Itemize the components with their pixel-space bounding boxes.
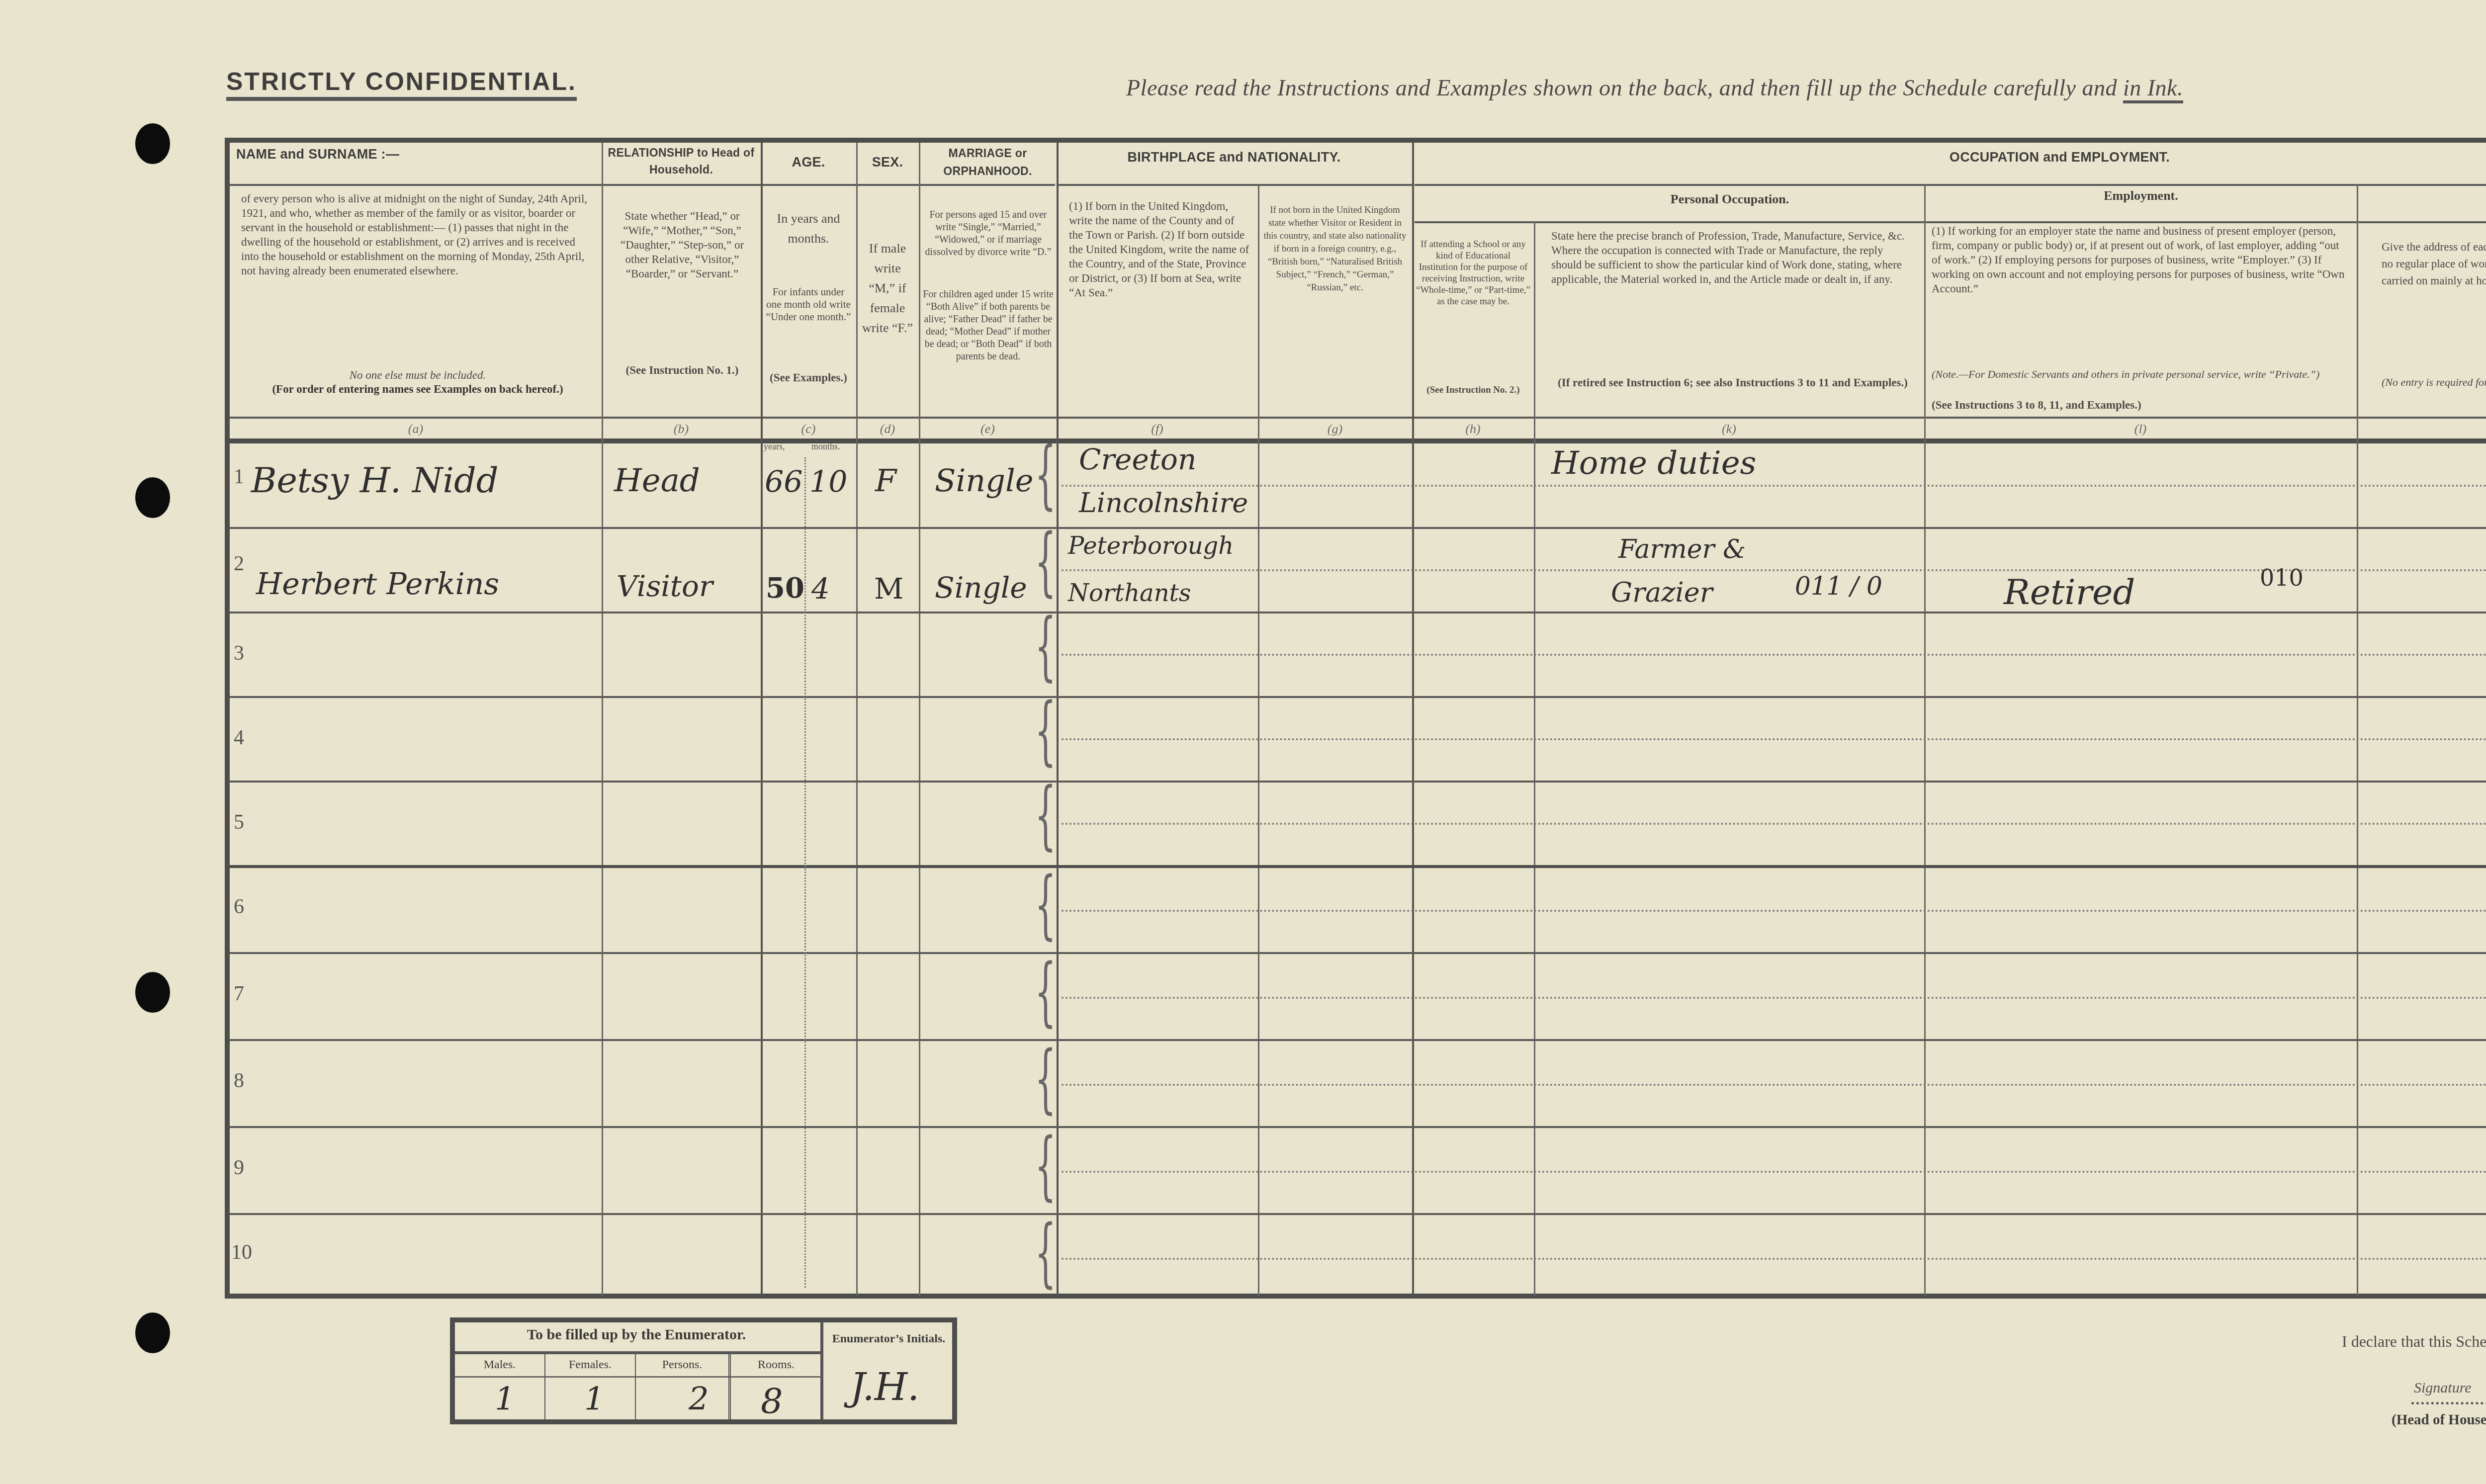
rule: [230, 417, 2486, 419]
col-l-note: (Note.—For Domestic Servants and others …: [1932, 368, 2349, 381]
col-l-footer: (See Instructions 3 to 8, 11, and Exampl…: [1932, 398, 2349, 412]
row1-occupation[interactable]: Home duties: [1551, 445, 1756, 482]
brace: {: [1035, 524, 1056, 599]
col-a-note: No one else must be included.: [241, 368, 594, 382]
col-e-title: MARRIAGE or ORPHANHOOD.: [920, 144, 1056, 180]
row-rule: [230, 611, 2486, 613]
row1-birthplace-town[interactable]: Creeton: [1079, 442, 1196, 476]
brace: {: [1035, 437, 1056, 512]
col-c-title: AGE.: [762, 154, 855, 170]
row1-name[interactable]: Betsy H. Nidd: [251, 460, 499, 501]
page-title: STRICTLY CONFIDENTIAL.: [226, 67, 577, 101]
brace: {: [1035, 868, 1056, 942]
row2-employment-code: 010: [2260, 564, 2304, 591]
persons-value[interactable]: 2: [689, 1381, 709, 1418]
brace: {: [1035, 609, 1056, 684]
age-months-label: months.: [811, 441, 840, 452]
rule: [455, 1351, 822, 1354]
row-rule: [230, 1039, 2486, 1041]
row2-birthplace-county[interactable]: Northants: [1068, 579, 1191, 607]
row2-occupation-line2[interactable]: Grazier: [1611, 577, 1713, 608]
row-number: 3: [234, 641, 244, 665]
row-midline: [1062, 1171, 2486, 1173]
signature-line: [2411, 1402, 2486, 1404]
col-l-body: (1) If working for an employer state the…: [1932, 224, 2349, 296]
col-h-footer: (See Instruction No. 2.): [1416, 383, 1530, 397]
row1-sex[interactable]: F: [875, 462, 896, 499]
col-e-children: For children aged under 15 write “Both A…: [922, 288, 1054, 363]
enumerator-summary-box: To be filled up by the Enumerator. Enume…: [450, 1317, 957, 1424]
col-divider-c-d: [856, 143, 858, 1296]
row-midline: [1062, 738, 2486, 740]
punch-hole: [135, 972, 170, 1013]
col-g-body: If not born in the United Kingdom state …: [1263, 204, 1407, 294]
row2-age-months[interactable]: 4: [811, 572, 830, 606]
row1-birthplace-county[interactable]: Lincolnshire: [1079, 487, 1248, 519]
row-rule: [230, 527, 2486, 529]
rule: [728, 1353, 731, 1419]
brace: {: [1035, 955, 1056, 1029]
col-f-body: (1) If born in the United Kingdom, write…: [1069, 199, 1250, 300]
col-c-body: In years and months.: [766, 209, 851, 249]
row-number: 1: [234, 465, 244, 489]
col-a-footer: (For order of entering names see Example…: [241, 382, 594, 396]
signature-footer: (Head of Household, Manager of Establish…: [2392, 1412, 2486, 1428]
col-letter-b: (b): [602, 422, 761, 436]
col-letter-c: (c): [761, 422, 856, 436]
col-divider-e-f: [1057, 143, 1059, 1296]
males-label: Males.: [455, 1358, 544, 1372]
signature-label: Signature: [2414, 1380, 2472, 1397]
col-fg-title: BIRTHPLACE and NATIONALITY.: [1058, 149, 1411, 165]
brace: {: [1035, 1216, 1056, 1290]
row-midline: [1062, 485, 2486, 487]
col-letter-a: (a): [230, 422, 602, 436]
row-midline: [1062, 823, 2486, 825]
punch-hole: [135, 477, 170, 518]
females-value[interactable]: 1: [584, 1381, 605, 1418]
col-l-title: Employment.: [1927, 188, 2355, 204]
brace: {: [1035, 778, 1056, 853]
col-m-title: Place of Work.: [2359, 191, 2486, 207]
col-occupation-title: OCCUPATION and EMPLOYMENT.: [1415, 149, 2486, 165]
females-label: Females.: [545, 1358, 635, 1372]
col-b-title: RELATIONSHIP to Head of Household.: [603, 144, 760, 178]
row2-birthplace-town[interactable]: Peterborough: [1068, 532, 1234, 560]
col-letter-h: (h): [1412, 422, 1534, 436]
col-letter-l: (l): [1924, 422, 2357, 436]
col-b-body: State whether “Head,” or “Wife,” “Mother…: [608, 209, 757, 281]
col-d-body: If male write “M,” if female write “F.”: [860, 239, 915, 338]
row-number: 8: [234, 1069, 244, 1093]
row2-name[interactable]: Herbert Perkins: [256, 567, 499, 602]
enumerator-summary-heading: To be filled up by the Enumerator.: [455, 1326, 818, 1343]
row-rule: [230, 952, 2486, 954]
punch-hole: [135, 123, 170, 164]
row-number: 10: [231, 1240, 252, 1264]
brace: {: [1035, 694, 1056, 768]
instructions-text: Please read the Instructions and Example…: [1126, 75, 2123, 100]
rule: [230, 184, 1055, 186]
col-letter-f: (f): [1057, 422, 1258, 436]
col-letter-g: (g): [1258, 422, 1412, 436]
row2-occupation-line1[interactable]: Farmer &: [1618, 534, 1746, 564]
row2-relationship[interactable]: Visitor: [617, 569, 713, 603]
rule: [1415, 221, 2486, 223]
col-letter-m: (m): [2357, 422, 2486, 436]
persons-label: Persons.: [636, 1358, 728, 1372]
col-k-footer: (If retired see Instruction 6; see also …: [1551, 375, 1914, 390]
row1-age-months[interactable]: 10: [809, 465, 847, 500]
row-rule: [230, 1126, 2486, 1128]
col-letter-d: (d): [856, 422, 919, 436]
instructions-line: Please read the Instructions and Example…: [1126, 75, 2183, 101]
row2-age-years[interactable]: 50: [766, 572, 804, 605]
rooms-label: Rooms.: [731, 1358, 821, 1372]
brace: {: [1035, 1042, 1056, 1116]
row-rule: [230, 1213, 2486, 1215]
row2-marriage[interactable]: Single: [935, 571, 1027, 605]
col-divider-d-e: [919, 143, 920, 1296]
row-rule: [230, 696, 2486, 698]
row-midline: [1062, 1084, 2486, 1086]
row-number: 4: [234, 726, 244, 750]
instructions-ink: in Ink.: [2123, 75, 2183, 103]
col-k-title: Personal Occupation.: [1536, 191, 1923, 207]
row-midline: [1062, 997, 2486, 999]
col-c-infants: For infants under one month old write “U…: [766, 286, 851, 323]
col-e-body: For persons aged 15 and over write “Sing…: [922, 209, 1054, 259]
row2-employment[interactable]: Retired: [2004, 572, 2135, 612]
rule: [1415, 184, 2486, 186]
col-divider-h-k: [1534, 221, 1535, 1296]
col-b-footer: (See Instruction No. 1.): [608, 363, 757, 377]
row1-relationship[interactable]: Head: [614, 462, 700, 499]
col-divider-a-b: [602, 143, 603, 1296]
col-d-title: SEX.: [857, 154, 918, 170]
rooms-value[interactable]: 8: [761, 1381, 783, 1422]
row-rule: [230, 781, 2486, 783]
declaration-text: I declare that this Schedule is correctl…: [2342, 1332, 2486, 1351]
row-number: 7: [234, 982, 244, 1006]
rule: [1057, 184, 1412, 186]
enumerator-initials[interactable]: J.H.: [850, 1365, 919, 1409]
row-midline: [1062, 1258, 2486, 1260]
row-number: 6: [234, 895, 244, 919]
rule: [455, 1376, 822, 1378]
census-table: [225, 138, 2486, 1299]
row-number: 2: [234, 552, 244, 576]
row2-sex[interactable]: M: [874, 572, 903, 606]
col-a-body: of every person who is alive at midnight…: [241, 191, 594, 278]
col-m-body: Give the address of each person’s place …: [2382, 239, 2486, 289]
males-value[interactable]: 1: [495, 1381, 515, 1418]
col-c-footer: (See Examples.): [766, 370, 851, 385]
punch-hole: [135, 1312, 170, 1353]
col-a-title: NAME and SURNAME :—: [236, 144, 594, 164]
col-k-body: State here the precise branch of Profess…: [1551, 229, 1914, 286]
col-divider-g-h: [1412, 143, 1414, 1296]
brace: {: [1035, 1129, 1056, 1203]
col-h-body: If attending a School or any kind of Edu…: [1416, 239, 1530, 307]
col-letter-k: (k): [1534, 422, 1924, 436]
age-divider: [804, 457, 806, 1288]
row-midline: [1062, 654, 2486, 656]
row2-occupation-code: 011 / 0: [1795, 572, 1882, 601]
rule-header-bottom: [230, 438, 2486, 443]
row-rule-mid: [230, 865, 2486, 868]
col-m-note: (No entry is required for any person who…: [2382, 375, 2486, 389]
row1-marriage[interactable]: Single: [935, 462, 1033, 499]
row-midline: [1062, 910, 2486, 912]
age-years-label: years,: [764, 441, 785, 452]
row1-age-years[interactable]: 66: [765, 465, 802, 500]
row-number: 9: [234, 1156, 244, 1180]
row-number: 5: [234, 810, 244, 834]
col-divider-b-c: [761, 143, 763, 1296]
enumerator-initials-heading: Enumerator’s Initials.: [825, 1332, 952, 1346]
